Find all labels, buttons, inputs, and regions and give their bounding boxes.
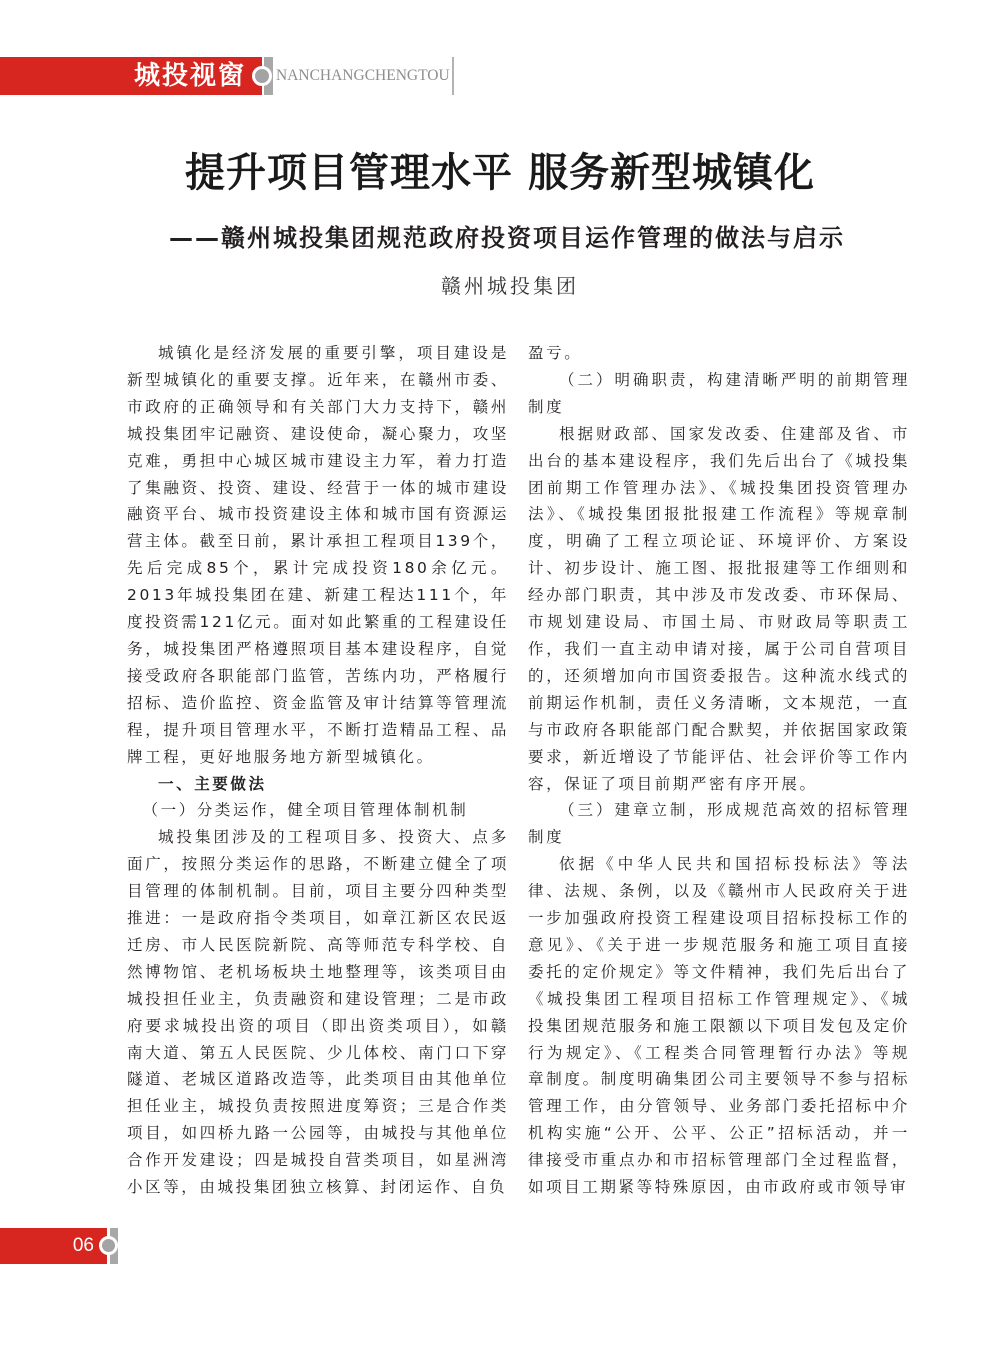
article-subtitle: ——赣州城投集团规范政府投资项目运作管理的做法与启示 [0,222,1000,254]
article-author: 赣州城投集团 [0,272,1000,300]
section-title: 城投视窗 [134,59,246,93]
header-divider [452,57,454,95]
intro-paragraph: 城镇化是经济发展的重要引擎，项目建设是新型城镇化的重要支撑。近年来，在赣州市委、… [127,340,509,771]
page-number: 06 [73,1233,94,1259]
body-paragraph: 依据《中华人民共和国招标投标法》等法律、法规、条例，以及《赣州市人民政府关于进一… [528,851,910,1201]
continuation-text: 盈亏。 [528,340,910,367]
section-heading-main-practices: 一、主要做法 [127,771,509,798]
body-paragraph: 城投集团涉及的工程项目多、投资大、点多面广，按照分类运作的思路，不断建立健全了项… [127,824,509,1201]
article-title: 提升项目管理水平 服务新型城镇化 [0,148,1000,198]
header-circle-icon [252,66,272,86]
subsection-heading-3: （三）建章立制，形成规范高效的招标管理制度 [528,797,910,851]
section-header-band: 城投视窗 [0,57,262,95]
left-column: 城镇化是经济发展的重要引擎，项目建设是新型城镇化的重要支撑。近年来，在赣州市委、… [127,340,509,1201]
subsection-heading-1: （一）分类运作，健全项目管理体制机制 [127,797,509,824]
right-column: 盈亏。 （二）明确职责，构建清晰严明的前期管理制度 根据财政部、国家发改委、住建… [528,340,910,1201]
footer-circle-icon [99,1236,118,1255]
body-paragraph: 根据财政部、国家发改委、住建部及省、市出台的基本建设程序，我们先后出台了《城投集… [528,421,910,798]
section-subtitle: NANCHANGCHENGTOU [276,66,450,86]
subsection-heading-2: （二）明确职责，构建清晰严明的前期管理制度 [528,367,910,421]
footer-band: 06 [0,1228,107,1264]
